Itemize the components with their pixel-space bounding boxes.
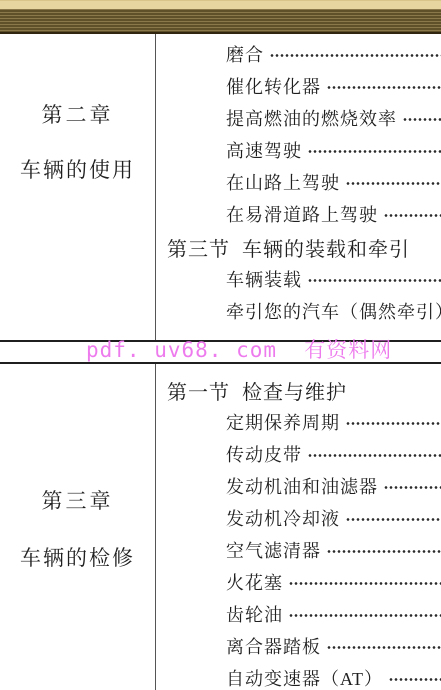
entry-label: 自动变速器（AT） [226,665,383,690]
toc-item: 离合器踏板 [156,636,441,655]
toc-item: 传动皮带 [156,444,441,463]
dot-leader [346,517,441,522]
dot-leader [289,581,441,586]
chapter-cell: 第三章车辆的检修 [0,364,156,690]
entry-label: 在山路上驾驶 [226,169,340,195]
dot-leader [327,645,441,650]
dot-leader [346,421,441,426]
watermark-text: pdf. uv68. com 有资料网 [86,334,392,364]
content-cell: 第一节 检查与维护定期保养周期传动皮带发动机油和油滤器发动机冷却液空气滤清器火花… [156,364,441,690]
entry-label: 空气滤清器 [226,537,321,563]
entry-label: 催化转化器 [226,73,321,99]
chapter-number: 第二章 [42,104,114,126]
dot-leader [308,453,441,458]
header-band-striped [0,9,441,34]
dot-leader [270,53,441,58]
dot-leader [327,549,441,554]
entry-label: 发动机冷却液 [226,505,340,531]
entry-label: 在易滑道路上驾驶 [226,201,378,227]
toc-item: 自动变速器（AT） [156,668,441,687]
chapter-cell: 第二章车辆的使用 [0,34,156,340]
toc-item: 提高燃油的燃烧效率 [156,108,441,127]
chapter-number: 第三章 [42,490,114,512]
entry-label: 第一节 检查与维护 [167,376,347,405]
toc-section-heading: 第三节 车辆的装载和牵引 [156,236,441,258]
toc-item: 火花塞 [156,572,441,591]
toc-item: 在山路上驾驶 [156,172,441,191]
entry-label: 定期保养周期 [226,409,340,435]
chapter-title: 车辆的使用 [20,159,135,181]
toc-item: 定期保养周期 [156,412,441,431]
toc-item: 发动机油和油滤器 [156,476,441,495]
entry-label: 高速驾驶 [226,137,302,163]
chapter-title: 车辆的检修 [20,547,135,569]
toc-item: 齿轮油 [156,604,441,623]
entry-label: 发动机油和油滤器 [226,473,378,499]
toc-section-heading: 第一节 检查与维护 [156,379,441,401]
entry-label: 磨合 [226,41,264,67]
toc-item: 车辆装载 [156,269,441,288]
toc-item: 发动机冷却液 [156,508,441,527]
dot-leader [384,485,441,490]
toc-item: 高速驾驶 [156,140,441,159]
dot-leader [389,677,441,682]
dot-leader [327,85,441,90]
entry-label: 提高燃油的燃烧效率 [226,105,397,131]
entry-label: 离合器踏板 [226,633,321,659]
entry-label: 车辆装载 [226,266,302,292]
dot-leader [289,613,441,618]
toc-row: 第二章车辆的使用磨合催化转化器提高燃油的燃烧效率高速驾驶在山路上驾驶在易滑道路上… [0,34,441,342]
manual-toc-page: 第二章车辆的使用磨合催化转化器提高燃油的燃烧效率高速驾驶在山路上驾驶在易滑道路上… [0,0,441,690]
dot-leader [308,278,441,283]
toc-item: 在易滑道路上驾驶 [156,204,441,223]
dot-leader [384,213,441,218]
entry-label: 传动皮带 [226,441,302,467]
dot-leader [346,181,441,186]
toc-item: 空气滤清器 [156,540,441,559]
entry-label: 火花塞 [226,569,283,595]
toc-row: 第三章车辆的检修第一节 检查与维护定期保养周期传动皮带发动机油和油滤器发动机冷却… [0,362,441,690]
dot-leader [308,149,441,154]
header-band-cream [0,0,441,9]
content-cell: 磨合催化转化器提高燃油的燃烧效率高速驾驶在山路上驾驶在易滑道路上驾驶第三节 车辆… [156,34,441,340]
dot-leader [403,117,441,122]
entry-label: 齿轮油 [226,601,283,627]
toc-item: 牵引您的汽车（偶然牵引） [156,301,441,320]
entry-label: 牵引您的汽车（偶然牵引） [226,298,441,324]
toc-item: 催化转化器 [156,76,441,95]
entry-label: 第三节 车辆的装载和牵引 [167,233,410,262]
toc-item: 磨合 [156,44,441,63]
